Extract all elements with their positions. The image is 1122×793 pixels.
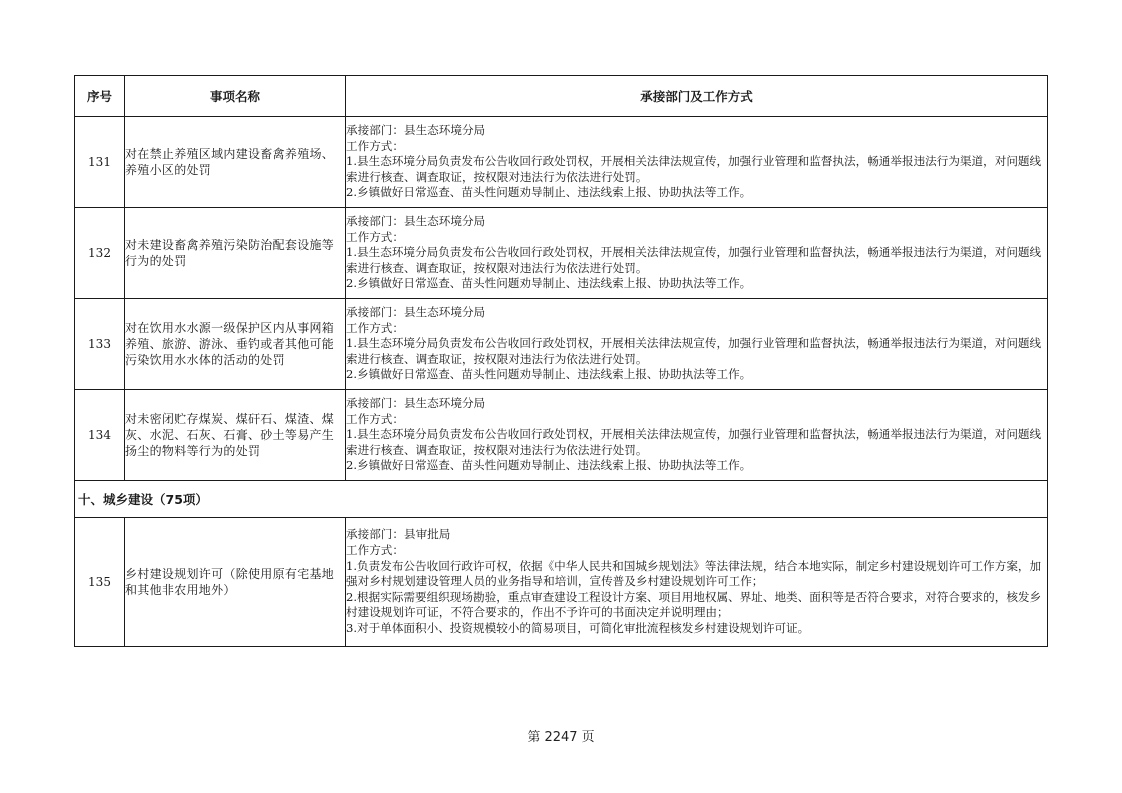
- table-row: 131 对在禁止养殖区域内建设畜禽养殖场、养殖小区的处罚 承接部门：县生态环境分…: [75, 117, 1048, 208]
- table-row: 135 乡村建设规划许可（除使用原有宅基地和其他非农用地外） 承接部门：县审批局…: [75, 518, 1048, 647]
- page-number: 第 2247 页: [0, 726, 1122, 745]
- row-number: 131: [75, 117, 125, 208]
- method-label: 工作方式：: [346, 139, 1047, 155]
- header-serial-number: 序号: [75, 76, 125, 117]
- table-row: 132 对未建设畜禽养殖污染防治配套设施等行为的处罚 承接部门：县生态环境分局 …: [75, 208, 1048, 299]
- method-step: 3.对于单体面积小、投资规模较小的简易项目，可简化审批流程核发乡村建设规划许可证…: [346, 621, 1047, 637]
- row-number: 134: [75, 390, 125, 481]
- method-step: 1.县生态环境分局负责发布公告收回行政处罚权，开展相关法律法规宣传，加强行业管理…: [346, 427, 1047, 458]
- item-table: 序号 事项名称 承接部门及工作方式 131 对在禁止养殖区域内建设畜禽养殖场、养…: [74, 75, 1048, 647]
- method-label: 工作方式：: [346, 321, 1047, 337]
- method-label: 工作方式：: [346, 543, 1047, 559]
- item-name: 对未密闭贮存煤炭、煤矸石、煤渣、煤灰、水泥、石灰、石膏、砂土等易产生扬尘的物料等…: [125, 390, 346, 481]
- department-line: 承接部门：县生态环境分局: [346, 214, 1047, 230]
- department-method: 承接部门：县审批局 工作方式： 1.负责发布公告收回行政许可权，依据《中华人民共…: [346, 518, 1048, 647]
- department-line: 承接部门：县生态环境分局: [346, 396, 1047, 412]
- department-method: 承接部门：县生态环境分局 工作方式： 1.县生态环境分局负责发布公告收回行政处罚…: [346, 390, 1048, 481]
- item-name: 对在饮用水水源一级保护区内从事网箱养殖、旅游、游泳、垂钓或者其他可能污染饮用水水…: [125, 299, 346, 390]
- header-item-name: 事项名称: [125, 76, 346, 117]
- department-line: 承接部门：县生态环境分局: [346, 123, 1047, 139]
- row-number: 135: [75, 518, 125, 647]
- method-step: 2.根据实际需要组织现场勘验，重点审查建设工程设计方案、项目用地权属、界址、地类…: [346, 590, 1047, 621]
- method-step: 2.乡镇做好日常巡查、苗头性问题劝导制止、违法线索上报、协助执法等工作。: [346, 276, 1047, 292]
- table-header-row: 序号 事项名称 承接部门及工作方式: [75, 76, 1048, 117]
- row-number: 132: [75, 208, 125, 299]
- item-name: 对在禁止养殖区域内建设畜禽养殖场、养殖小区的处罚: [125, 117, 346, 208]
- table-row: 134 对未密闭贮存煤炭、煤矸石、煤渣、煤灰、水泥、石灰、石膏、砂土等易产生扬尘…: [75, 390, 1048, 481]
- method-step: 2.乡镇做好日常巡查、苗头性问题劝导制止、违法线索上报、协助执法等工作。: [346, 458, 1047, 474]
- department-method: 承接部门：县生态环境分局 工作方式： 1.县生态环境分局负责发布公告收回行政处罚…: [346, 208, 1048, 299]
- method-label: 工作方式：: [346, 230, 1047, 246]
- method-step: 1.县生态环境分局负责发布公告收回行政处罚权，开展相关法律法规宣传，加强行业管理…: [346, 336, 1047, 367]
- department-method: 承接部门：县生态环境分局 工作方式： 1.县生态环境分局负责发布公告收回行政处罚…: [346, 299, 1048, 390]
- method-step: 2.乡镇做好日常巡查、苗头性问题劝导制止、违法线索上报、协助执法等工作。: [346, 367, 1047, 383]
- section-header-row: 十、城乡建设（75项）: [75, 481, 1048, 518]
- method-step: 2.乡镇做好日常巡查、苗头性问题劝导制止、违法线索上报、协助执法等工作。: [346, 185, 1047, 201]
- method-step: 1.负责发布公告收回行政许可权，依据《中华人民共和国城乡规划法》等法律法规，结合…: [346, 559, 1047, 590]
- header-department-method: 承接部门及工作方式: [346, 76, 1048, 117]
- item-name: 对未建设畜禽养殖污染防治配套设施等行为的处罚: [125, 208, 346, 299]
- method-step: 1.县生态环境分局负责发布公告收回行政处罚权，开展相关法律法规宣传，加强行业管理…: [346, 154, 1047, 185]
- row-number: 133: [75, 299, 125, 390]
- method-label: 工作方式：: [346, 412, 1047, 428]
- table-row: 133 对在饮用水水源一级保护区内从事网箱养殖、旅游、游泳、垂钓或者其他可能污染…: [75, 299, 1048, 390]
- section-title: 十、城乡建设（75项）: [75, 481, 1048, 518]
- item-name: 乡村建设规划许可（除使用原有宅基地和其他非农用地外）: [125, 518, 346, 647]
- department-method: 承接部门：县生态环境分局 工作方式： 1.县生态环境分局负责发布公告收回行政处罚…: [346, 117, 1048, 208]
- department-line: 承接部门：县生态环境分局: [346, 305, 1047, 321]
- department-line: 承接部门：县审批局: [346, 527, 1047, 543]
- method-step: 1.县生态环境分局负责发布公告收回行政处罚权，开展相关法律法规宣传，加强行业管理…: [346, 245, 1047, 276]
